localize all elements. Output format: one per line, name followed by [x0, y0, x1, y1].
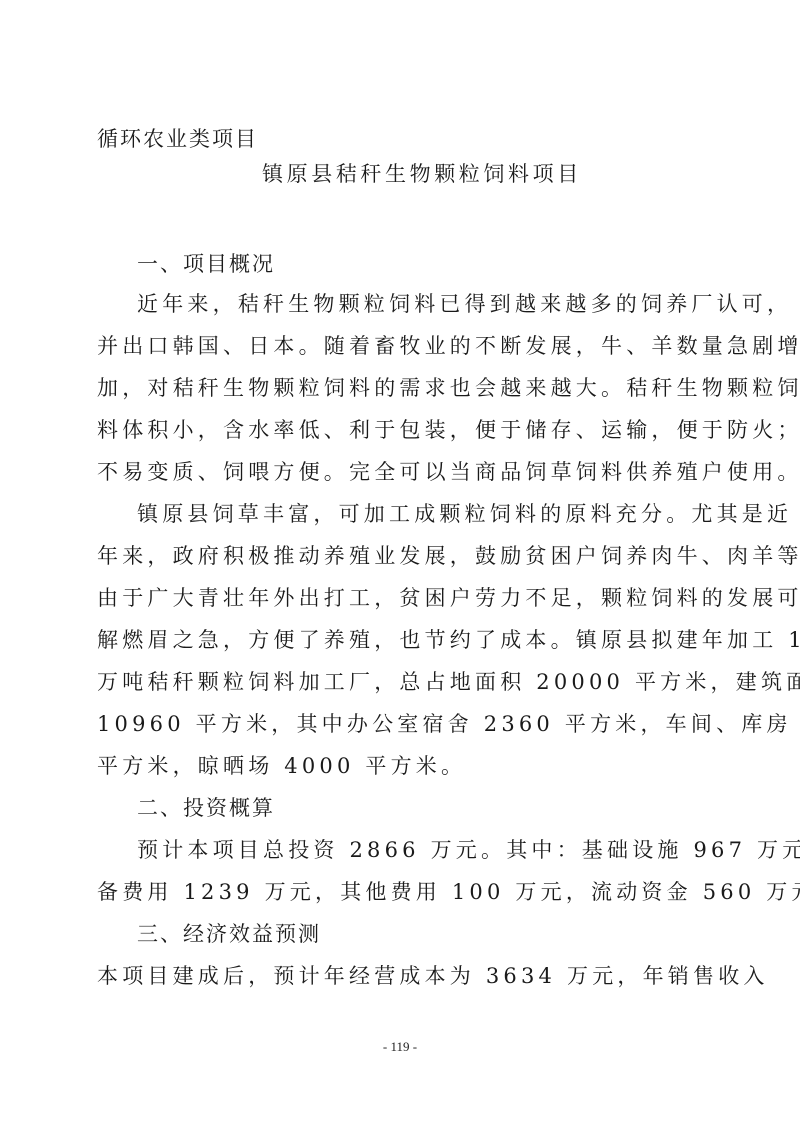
document-category: 循环农业类项目 — [97, 124, 258, 154]
paragraph-line: 备费用 1239 万元，其他费用 100 万元，流动资金 560 万元。 — [97, 877, 800, 907]
paragraph-line: 不易变质、饲喂方便。完全可以当商品饲草饲料供养殖户使用。 — [97, 457, 800, 487]
paragraph-line: 万吨秸秆颗粒饲料加工厂，总占地面积 20000 平方米，建筑面积 — [97, 667, 800, 697]
paragraph-line: 平方米，晾晒场 4000 平方米。 — [97, 751, 466, 781]
paragraph-line: 本项目建成后，预计年经营成本为 3634 万元，年销售收入 — [97, 961, 769, 991]
paragraph-line: 加，对秸秆生物颗粒饲料的需求也会越来越大。秸秆生物颗粒饲 — [97, 373, 800, 403]
paragraph-line: 料体积小，含水率低、利于包装，便于储存、运输，便于防火； — [97, 415, 800, 445]
section-heading-investment: 二、投资概算 — [137, 793, 275, 823]
section-heading-overview: 一、项目概况 — [137, 249, 275, 279]
section-heading-economic-benefit: 三、经济效益预测 — [137, 919, 321, 949]
document-page: 循环农业类项目 镇原县秸秆生物颗粒饲料项目 一、项目概况 近年来，秸秆生物颗粒饲… — [0, 0, 800, 1131]
paragraph-line: 解燃眉之急，方便了养殖，也节约了成本。镇原县拟建年加工 10 — [97, 625, 800, 655]
paragraph-line: 由于广大青壮年外出打工，贫困户劳力不足，颗粒饲料的发展可 — [97, 583, 800, 613]
paragraph-line: 10960 平方米，其中办公室宿舍 2360 平方米，车间、库房 4600 — [97, 709, 800, 739]
paragraph-line: 预计本项目总投资 2866 万元。其中：基础设施 967 万元，设 — [137, 835, 800, 865]
page-number: - 119 - — [0, 1039, 800, 1055]
paragraph-line: 年来，政府积极推动养殖业发展，鼓励贫困户饲养肉牛、肉羊等， — [97, 541, 800, 571]
paragraph-line: 镇原县饲草丰富，可加工成颗粒饲料的原料充分。尤其是近 — [137, 499, 792, 529]
document-title: 镇原县秸秆生物颗粒饲料项目 — [262, 159, 582, 189]
paragraph-line: 并出口韩国、日本。随着畜牧业的不断发展，牛、羊数量急剧增 — [97, 331, 800, 361]
paragraph-line: 近年来，秸秆生物颗粒饲料已得到越来越多的饲养厂认可， — [137, 289, 792, 319]
